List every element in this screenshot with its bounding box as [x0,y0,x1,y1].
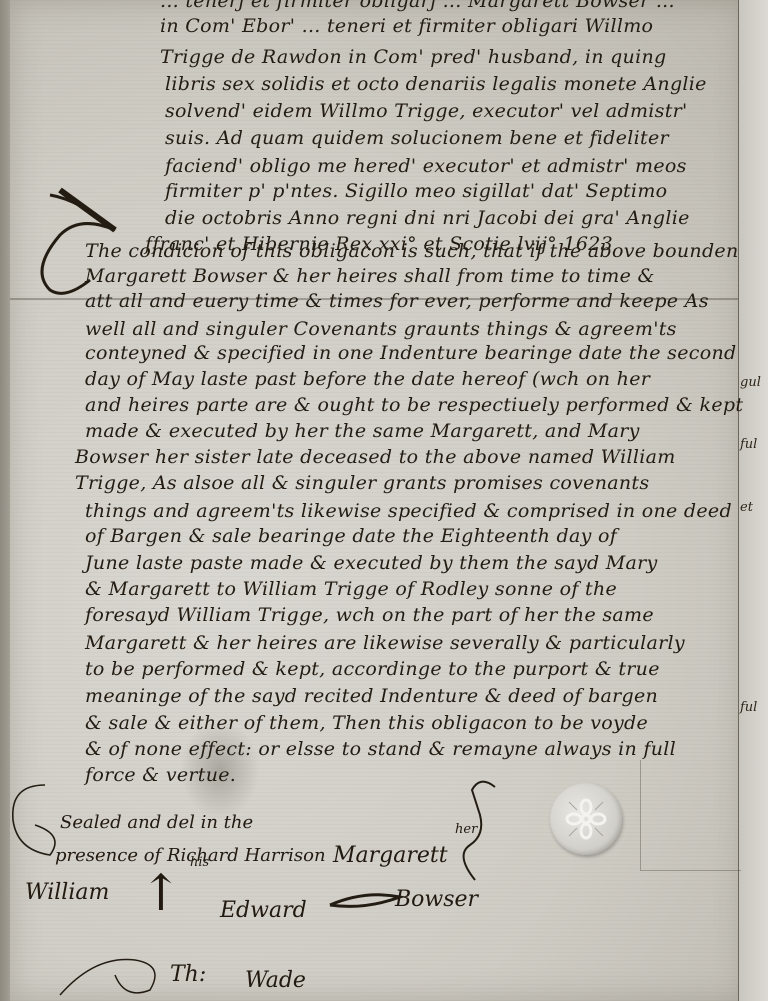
signature-bowser: Bowser [395,887,478,912]
text-line: Trigge de Rawdon in Com' pred' husband, … [160,46,666,68]
signature-william: William [25,880,109,905]
text-line: conteyned & specified in one Indenture b… [85,342,736,364]
bowser-flourish-icon [325,885,405,915]
text-line: force & vertue. [85,764,236,786]
text-line: to be performed & kept, accordinge to th… [85,658,660,680]
text-line: The condicion of this obligacon is such,… [85,240,739,262]
th-flourish-icon [55,945,185,1001]
margin-fragment: ful [740,700,757,715]
text-line: firmiter p' p'ntes. Sigillo meo sigillat… [165,180,667,202]
text-line: Trigge, As alsoe all & singuler grants p… [75,472,649,494]
margin-fragment: ful [740,437,757,452]
text-line: die octobris Anno regni dni nri Jacobi d… [165,207,690,229]
signature-mark-label: his [190,855,209,870]
text-line: well all and singuler Covenants graunts … [85,318,677,340]
rosette-seal-icon [559,792,613,846]
text-line: solvend' eidem Willmo Trigge, executor' … [165,100,688,122]
text-line: made & executed by her the same Margaret… [85,420,640,442]
text-line: things and agreem'ts likewise specified … [85,500,732,522]
text-line: & Margarett to William Trigge of Rodley … [85,578,617,600]
text-line: meaninge of the sayd recited Indenture &… [85,685,658,707]
text-line: and heires parte are & ought to be respe… [85,394,743,416]
text-line: day of May laste past before the date he… [85,368,650,390]
text-line: Bowser her sister late deceased to the a… [75,446,676,468]
text-line: att all and euery time & times for ever,… [85,290,709,312]
text-line: of Bargen & sale bearinge date the Eight… [85,525,617,547]
signature-wade: Wade [245,968,306,993]
signature-edward: Edward [220,898,307,923]
text-line: Margarett Bowser & her heires shall from… [85,265,655,287]
text-line: & sale & either of them, Then this oblig… [85,712,648,734]
her-mark-icon [450,775,500,885]
margin-fragment: et [740,500,753,515]
attestation-line-1: Sealed and del in the [60,812,253,833]
signature-margarett: Margarett [333,843,448,868]
text-line: libris sex solidis et octo denariis lega… [165,73,707,95]
text-line: Margarett & her heires are likewise seve… [85,632,685,654]
text-line: ... tenerj et firmiter obligarj ... Marg… [160,0,675,12]
embossed-seal [550,783,622,855]
text-line: & of none effect: or elsse to stand & re… [85,738,676,760]
signature-mark-icon: ↑ [140,868,182,918]
text-line: faciend' obligo me hered' executor' et a… [165,155,687,177]
margin-fragment: gul [740,375,761,390]
text-line: in Com' Ebor' ... teneri et firmiter obl… [160,15,653,37]
text-line: suis. Ad quam quidem solucionem bene et … [165,127,669,149]
paper-flap [640,760,741,871]
text-line: June laste paste made & executed by them… [85,552,658,574]
text-line: foresayd William Trigge, wch on the part… [85,604,654,626]
